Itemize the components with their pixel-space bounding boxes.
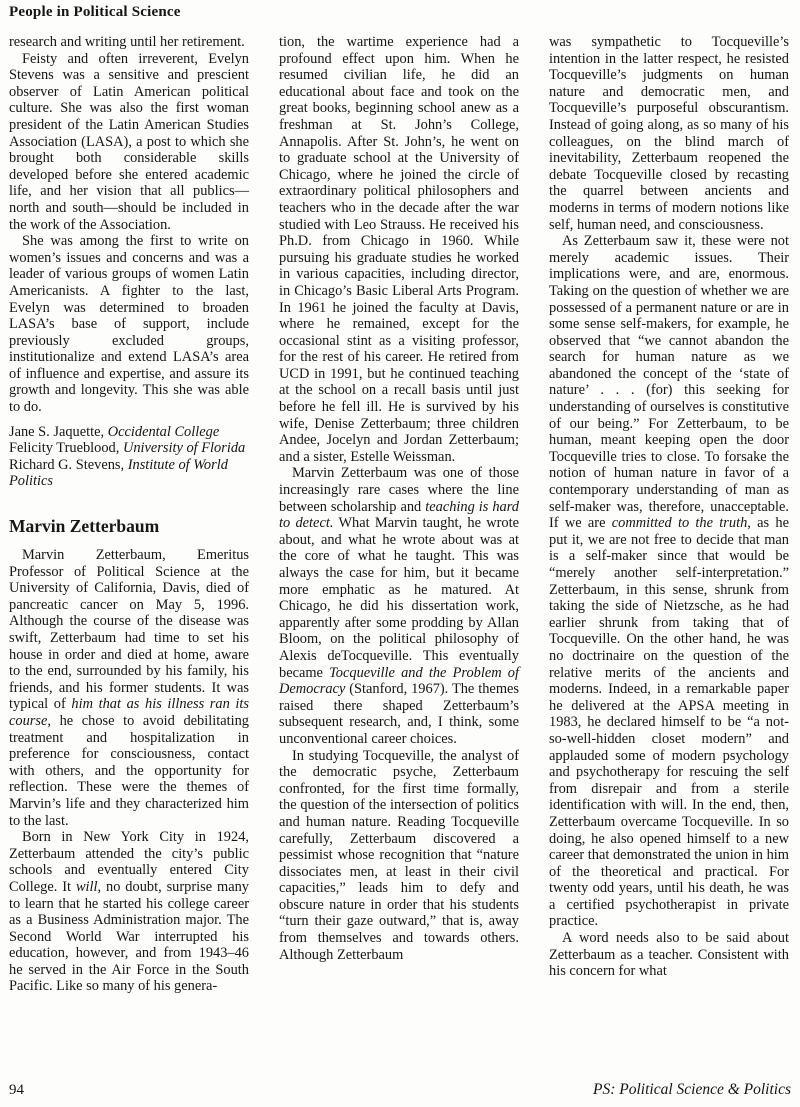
- paragraph: research and writing until her retiremen…: [9, 34, 249, 51]
- text-run: What Marvin taught, he wrote about, and …: [279, 515, 519, 680]
- running-head: People in Political Science: [9, 4, 181, 21]
- text-run: Marvin Zetterbaum: [9, 516, 159, 536]
- text-run: She was among the first to write on wome…: [9, 233, 249, 415]
- paragraph: As Zetterbaum saw it, these were not mer…: [549, 233, 789, 930]
- paragraph: Feisty and often irreverent, Evelyn Stev…: [9, 51, 249, 234]
- text-run: he chose to avoid debilitating treatment…: [9, 713, 249, 829]
- journal-page: People in Political Science research and…: [0, 0, 800, 1107]
- paragraph: In studying Tocqueville, the analyst of …: [279, 748, 519, 964]
- text-run: was sympathetic to Tocqueville’s intenti…: [549, 34, 789, 233]
- journal-title: PS: Political Science & Politics: [593, 1081, 791, 1099]
- text-run: A word needs also to be said about Zette…: [549, 930, 789, 979]
- signature-line: Felicity Trueblood, University of Florid…: [9, 440, 249, 457]
- section-heading: Marvin Zetterbaum: [9, 516, 249, 536]
- column-1: research and writing until her retiremen…: [9, 34, 249, 995]
- text-run: Felicity Trueblood,: [9, 440, 123, 456]
- text-run: Feisty and often irreverent, Evelyn Stev…: [9, 51, 249, 233]
- column-3: was sympathetic to Tocqueville’s intenti…: [549, 34, 789, 995]
- text-run: In studying Tocqueville, the analyst of …: [279, 748, 519, 963]
- emphasized-text: will: [76, 879, 98, 895]
- signature-line: Richard G. Stevens, Institute of World P…: [9, 457, 249, 490]
- article-columns: research and writing until her retiremen…: [9, 34, 791, 995]
- column-2: tion, the wartime experience had a profo…: [279, 34, 519, 995]
- paragraph: Born in New York City in 1924, Zetterbau…: [9, 829, 249, 995]
- paragraph: tion, the wartime experience had a profo…: [279, 34, 519, 465]
- paragraph: Marvin Zetterbaum, Emeritus Professor of…: [9, 547, 249, 829]
- text-run: As Zetterbaum saw it, these were not mer…: [549, 233, 789, 531]
- page-number: 94: [9, 1082, 24, 1099]
- text-run: tion, the wartime experience had a profo…: [279, 34, 519, 465]
- text-run: research and writing until her retiremen…: [9, 34, 245, 50]
- emphasized-text: University of Florida: [123, 440, 245, 456]
- emphasized-text: Occidental College: [108, 424, 220, 440]
- emphasized-text: committed to the truth: [612, 515, 748, 531]
- text-run: Jane S. Jaquette,: [9, 424, 108, 440]
- signature-line: Jane S. Jaquette, Occidental College: [9, 424, 249, 441]
- text-run: Richard G. Stevens,: [9, 457, 128, 473]
- paragraph: She was among the first to write on wome…: [9, 233, 249, 416]
- text-run: , no doubt, surprise many to learn that …: [9, 879, 249, 995]
- text-run: Marvin Zetterbaum, Emeritus Professor of…: [9, 547, 249, 712]
- paragraph: A word needs also to be said about Zette…: [549, 930, 789, 980]
- paragraph: Marvin Zetterbaum was one of those incre…: [279, 465, 519, 747]
- paragraph: was sympathetic to Tocqueville’s intenti…: [549, 34, 789, 233]
- text-run: , as he put it, we are not free to decid…: [549, 515, 789, 929]
